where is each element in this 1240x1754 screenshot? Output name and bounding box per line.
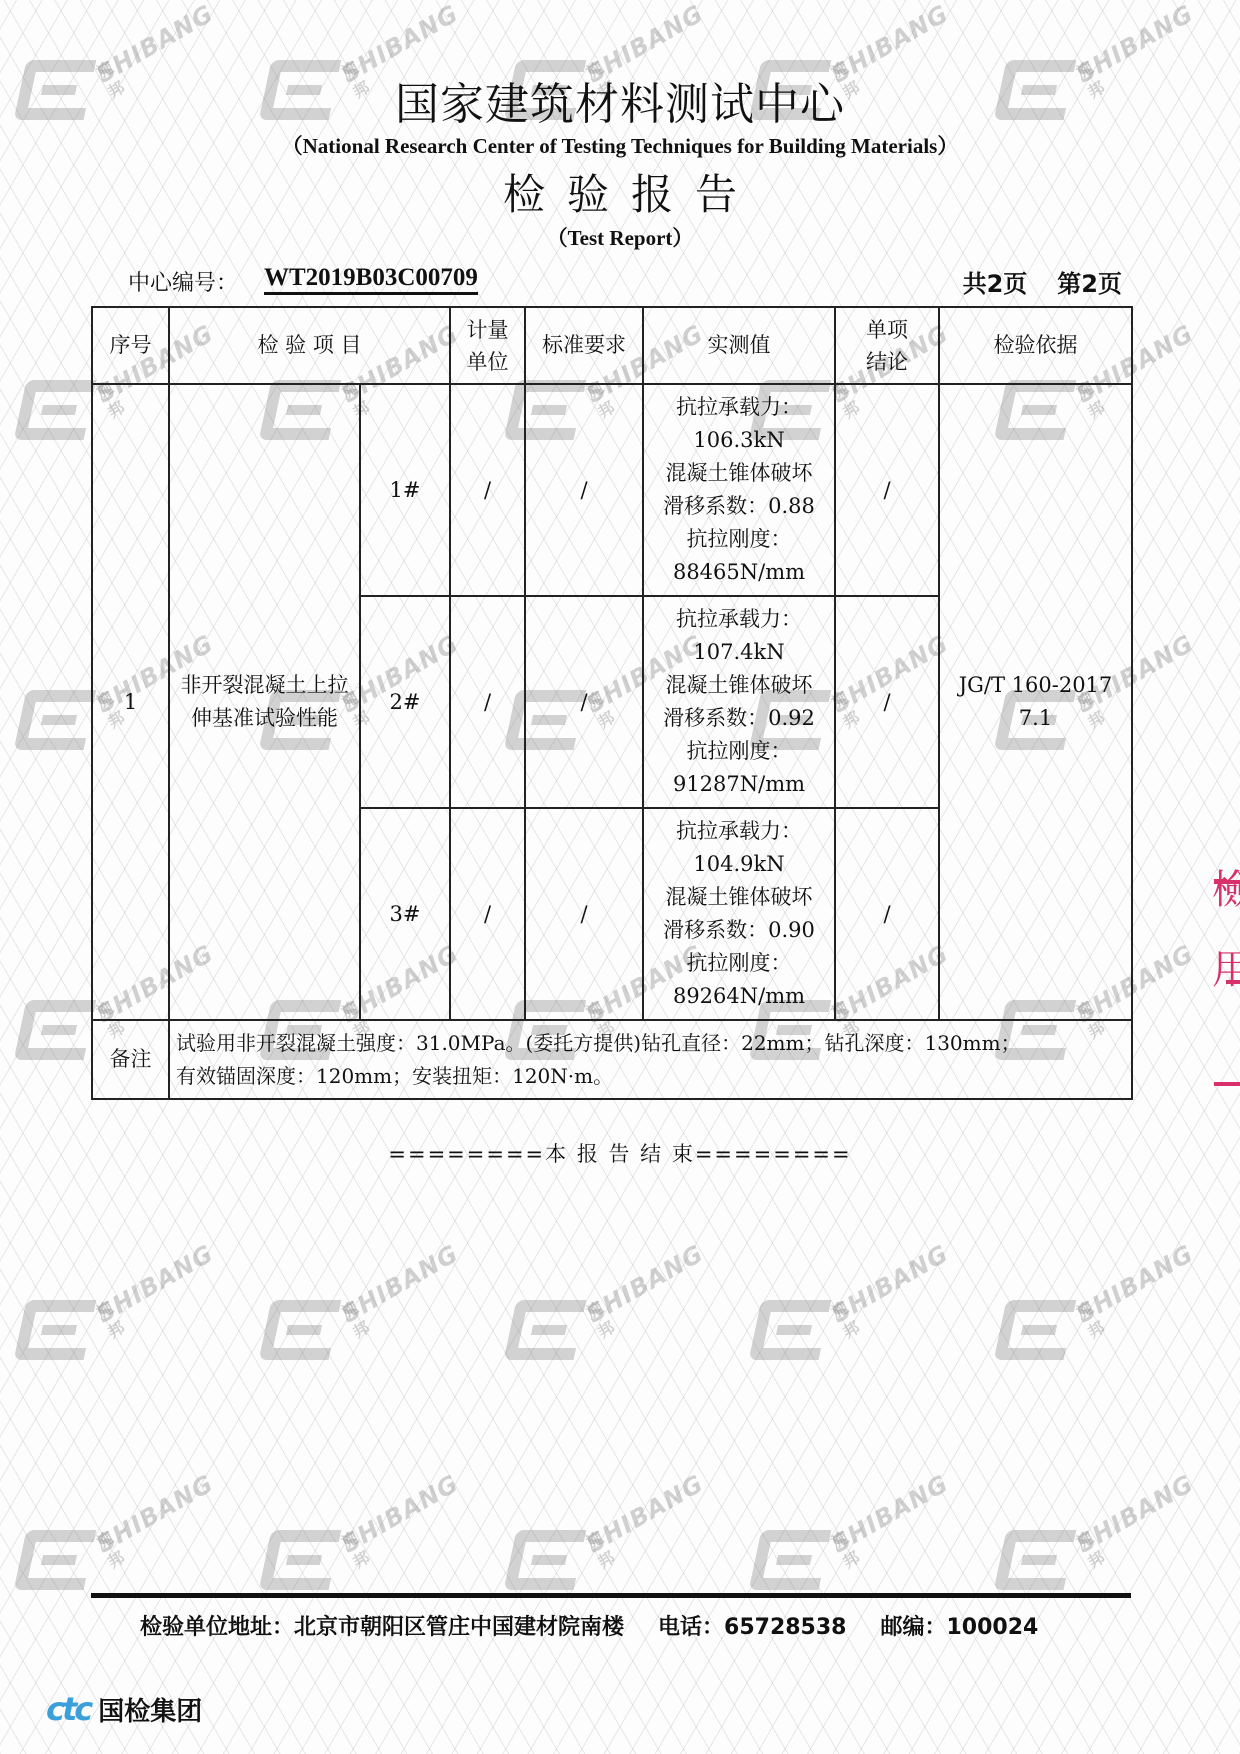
item-cell: 非开裂混凝土上拉伸基准试验性能 <box>169 384 360 1020</box>
notes-text: 试验用非开裂混凝土强度：31.0MPa。(委托方提供)钻孔直径：22mm；钻孔深… <box>169 1020 1132 1099</box>
watermark-logo-icon: SHIBANG施邦 <box>755 1530 825 1590</box>
watermark-logo-icon: SHIBANG施邦 <box>20 690 90 750</box>
basis-standard: JG/T 160-2017 <box>940 669 1131 702</box>
watermark-logo-icon: SHIBANG施邦 <box>1000 1530 1070 1590</box>
basis-clause: 7.1 <box>940 702 1131 735</box>
measured-line: 抗拉承载力： <box>644 815 834 848</box>
measured-line: 滑移系数：0.90 <box>644 914 834 947</box>
center-number-label: 中心编号： <box>128 266 238 297</box>
sample-id: 1# <box>360 384 450 596</box>
current-page: 第2页 <box>1057 270 1122 298</box>
page-info: 共2页第2页 <box>933 264 1122 299</box>
report-title: 检验报告 <box>0 162 1240 222</box>
red-seal-stamp: 檢 用 <box>1200 850 1240 1090</box>
measured-line: 107.4kN <box>644 636 834 669</box>
footer-contact: 检验单位地址：北京市朝阳区管庄中国建材院南楼电话：65728538邮编：1000… <box>140 1610 1038 1641</box>
watermark-logo-icon: SHIBANG施邦 <box>510 1300 580 1360</box>
watermark-logo-icon: SHIBANG施邦 <box>265 1530 335 1590</box>
conclusion-cell: / <box>835 808 939 1020</box>
notes-row: 备注 试验用非开裂混凝土强度：31.0MPa。(委托方提供)钻孔直径：22mm；… <box>92 1020 1132 1099</box>
measured-line: 混凝土锥体破坏 <box>644 881 834 914</box>
measured-line: 抗拉承载力： <box>644 391 834 424</box>
brand-name: 国检集团 <box>98 1691 202 1728</box>
header-seq: 序号 <box>92 307 169 384</box>
conclusion-cell: / <box>835 384 939 596</box>
end-of-report-marker: ========本 报 告 结 束======== <box>0 1138 1240 1168</box>
standard-cell: / <box>525 808 643 1020</box>
standard-cell: / <box>525 384 643 596</box>
watermark-logo-icon: SHIBANG施邦 <box>510 1530 580 1590</box>
footer-divider <box>91 1593 1131 1598</box>
measured-line: 91287N/mm <box>644 768 834 801</box>
conclusion-cell: / <box>835 596 939 808</box>
center-number: WT2019B03C00709 <box>264 264 478 295</box>
report-title-english: （Test Report） <box>0 222 1240 252</box>
notes-label: 备注 <box>92 1020 169 1099</box>
measured-line: 混凝土锥体破坏 <box>644 669 834 702</box>
measured-line: 104.9kN <box>644 848 834 881</box>
measured-cell: 抗拉承载力：107.4kN混凝土锥体破坏滑移系数：0.92抗拉刚度：91287N… <box>643 596 835 808</box>
watermark-logo-icon: SHIBANG施邦 <box>755 1300 825 1360</box>
measured-line: 抗拉刚度： <box>644 735 834 768</box>
header-measured: 实测值 <box>643 307 835 384</box>
watermark-logo-icon: SHIBANG施邦 <box>265 1300 335 1360</box>
measured-cell: 抗拉承载力：104.9kN混凝土锥体破坏滑移系数：0.90抗拉刚度：89264N… <box>643 808 835 1020</box>
measured-line: 106.3kN <box>644 424 834 457</box>
footer-address: 检验单位地址：北京市朝阳区管庄中国建材院南楼 <box>140 1615 624 1640</box>
header-unit: 计量单位 <box>450 307 525 384</box>
measured-line: 滑移系数：0.88 <box>644 490 834 523</box>
organization-title-english: （National Research Center of Testing Tec… <box>0 130 1240 160</box>
header-item: 检 验 项 目 <box>169 307 450 384</box>
organization-title: 国家建筑材料测试中心 <box>0 68 1240 132</box>
header-conclusion: 单项结论 <box>835 307 939 384</box>
sample-id: 3# <box>360 808 450 1020</box>
standard-cell: / <box>525 596 643 808</box>
measured-line: 抗拉承载力： <box>644 603 834 636</box>
stamp-char: 用 <box>1212 930 1240 1010</box>
table-row: 1 非开裂混凝土上拉伸基准试验性能 1# / / 抗拉承载力：106.3kN混凝… <box>92 384 1132 596</box>
watermark-logo-icon: SHIBANG施邦 <box>1000 1300 1070 1360</box>
measured-line: 滑移系数：0.92 <box>644 702 834 735</box>
report-meta: 中心编号： WT2019B03C00709 共2页第2页 <box>128 262 1122 294</box>
table-header-row: 序号 检 验 项 目 计量单位 标准要求 实测值 单项结论 检验依据 <box>92 307 1132 384</box>
brand-mark: ctc 国检集团 <box>46 1690 202 1728</box>
notes-line-1: 试验用非开裂混凝土强度：31.0MPa。(委托方提供)钻孔直径：22mm；钻孔深… <box>176 1027 1125 1060</box>
unit-cell: / <box>450 384 525 596</box>
measured-line: 89264N/mm <box>644 980 834 1013</box>
item-text: 非开裂混凝土上拉伸基准试验性能 <box>181 673 349 730</box>
notes-line-2: 有效锚固深度：120mm；安装扭矩：120N·m。 <box>176 1060 1125 1093</box>
measured-line: 88465N/mm <box>644 556 834 589</box>
footer-phone: 电话：65728538 <box>658 1615 846 1640</box>
header-basis: 检验依据 <box>939 307 1132 384</box>
basis-cell: JG/T 160-2017 7.1 <box>939 384 1132 1020</box>
seq-cell: 1 <box>92 384 169 1020</box>
measured-line: 抗拉刚度： <box>644 523 834 556</box>
test-results-table: 序号 检 验 项 目 计量单位 标准要求 实测值 单项结论 检验依据 1 非开裂… <box>91 306 1133 1100</box>
unit-cell: / <box>450 808 525 1020</box>
sample-id: 2# <box>360 596 450 808</box>
measured-cell: 抗拉承载力：106.3kN混凝土锥体破坏滑移系数：0.88抗拉刚度：88465N… <box>643 384 835 596</box>
watermark-logo-icon: SHIBANG施邦 <box>20 1300 90 1360</box>
footer-postcode: 邮编：100024 <box>880 1615 1038 1640</box>
watermark-logo-icon: SHIBANG施邦 <box>20 1530 90 1590</box>
total-pages: 共2页 <box>963 270 1028 298</box>
unit-cell: / <box>450 596 525 808</box>
watermark-logo-icon: SHIBANG施邦 <box>20 1000 90 1060</box>
stamp-char: 檢 <box>1212 850 1240 930</box>
ctc-logo-icon: ctc <box>46 1690 90 1728</box>
watermark-logo-icon: SHIBANG施邦 <box>20 380 90 440</box>
header-standard: 标准要求 <box>525 307 643 384</box>
measured-line: 抗拉刚度： <box>644 947 834 980</box>
measured-line: 混凝土锥体破坏 <box>644 457 834 490</box>
